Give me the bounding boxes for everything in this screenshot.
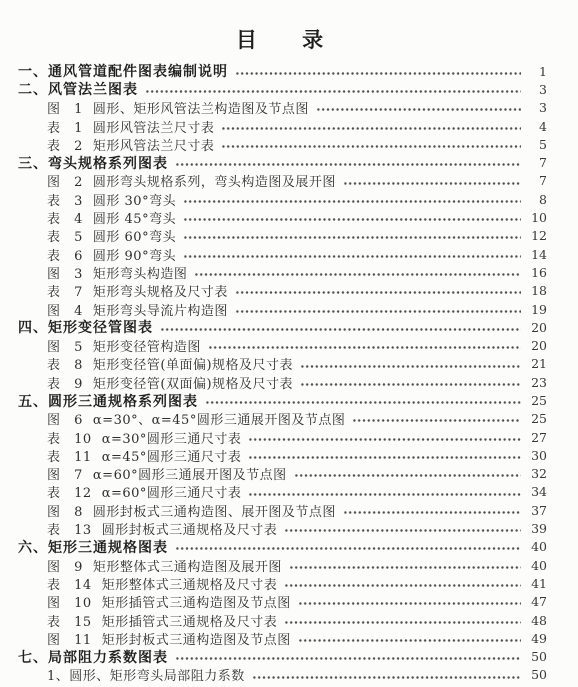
dot-leader [299, 357, 521, 371]
dot-leader [182, 229, 521, 243]
dot-leader [174, 650, 521, 664]
toc-entry-prefix: 表 12 [47, 482, 92, 501]
toc-entry-label: α=30°、α=45°圆形三通展开图及节点图 [93, 409, 345, 428]
dot-leader [283, 576, 521, 590]
toc-page-number: 1 [525, 64, 547, 79]
toc-entry-prefix: 图 7 [47, 464, 83, 483]
toc-entry-label: 一、通风管道配件图表编制说明 [18, 61, 228, 81]
toc-entry-prefix: 表 10 [47, 428, 92, 447]
toc-entry-prefix: 表 13 [47, 519, 92, 538]
toc-section-row: 五、圆形三通规格系列图表 25 [18, 391, 547, 409]
toc-entry-label: 矩形变径管(双面偏)规格及尺寸表 [93, 373, 293, 392]
toc-entry-row: 图 7 α=60°圆形三通展开图及节点图 32 [18, 465, 547, 483]
toc-page-number: 16 [525, 265, 547, 280]
toc-entry-label: α=60°圆形三通展开图及节点图 [93, 464, 287, 483]
toc-entry-row: 表 9 矩形变径管(双面偏)规格及尺寸表 23 [18, 373, 547, 391]
toc-page-number: 50 [525, 667, 547, 682]
toc-entry-prefix: 表 5 [47, 226, 83, 245]
toc-page-number: 14 [525, 247, 547, 262]
toc-page-number: 7 [525, 173, 547, 188]
toc-title: 目 录 [0, 24, 560, 54]
dot-leader [234, 284, 521, 298]
toc-entry-label: 矩形弯头规格及尺寸表 [93, 281, 228, 300]
toc-page-number: 37 [525, 503, 547, 518]
toc-page-number: 10 [525, 210, 547, 225]
toc-page-number: 3 [525, 82, 547, 97]
toc-entry-prefix: 表 6 [47, 245, 83, 264]
toc-entry-row: 表 10 α=30°圆形三通尺寸表 27 [18, 428, 547, 446]
toc-page-number: 20 [525, 338, 547, 353]
dot-leader [220, 119, 521, 133]
toc-page-number: 27 [525, 430, 547, 445]
toc-page-number: 25 [525, 393, 547, 408]
toc-entry-prefix: 图 9 [47, 556, 83, 575]
dot-leader [182, 192, 521, 206]
toc-entry-label: 矩形插管式三通构造图及节点图 [102, 592, 291, 611]
toc-entry-prefix: 图 11 [47, 629, 92, 648]
dot-leader [159, 320, 521, 334]
toc-page-number: 50 [525, 649, 547, 664]
toc-list: 一、通风管道配件图表编制说明 1 二、风管法兰图表 3 图 1 圆形、矩形风管法… [18, 62, 547, 684]
toc-entry-label: 矩形封板式三通构造图及节点图 [102, 629, 291, 648]
toc-entry-row: 表 4 圆形 45°弯头 10 [18, 208, 547, 226]
toc-entry-row: 表 8 矩形变径管(单面偏)规格及尺寸表 21 [18, 355, 547, 373]
toc-entry-label: 圆形 90°弯头 [93, 245, 176, 264]
toc-entry-label: 二、风管法兰图表 [18, 79, 138, 99]
toc-entry-row: 图 1 圆形、矩形风管法兰构造图及节点图 3 [18, 99, 547, 117]
toc-entry-prefix: 图 2 [47, 171, 83, 190]
toc-entry-row: 图 6 α=30°、α=45°圆形三通展开图及节点图 25 [18, 410, 547, 428]
toc-page-number: 48 [525, 613, 547, 628]
toc-page-number: 5 [525, 137, 547, 152]
toc-section-row: 二、风管法兰图表 3 [18, 80, 547, 98]
toc-page-number: 19 [525, 302, 547, 317]
toc-page-number: 25 [525, 411, 547, 426]
toc-entry-label: 六、矩形三通规格图表 [18, 537, 168, 557]
toc-page-number: 12 [525, 228, 547, 243]
toc-entry-label: 圆形 45°弯头 [93, 208, 176, 227]
toc-entry-prefix: 图 4 [47, 300, 83, 319]
toc-entry-row: 图 2 圆形弯头规格系列，弯头构造图及展开图 7 [18, 172, 547, 190]
toc-page-number: 32 [525, 466, 547, 481]
dot-leader [193, 265, 521, 279]
toc-entry-prefix: 表 11 [47, 446, 92, 465]
toc-page-number: 23 [525, 375, 547, 390]
toc-page-number: 18 [525, 283, 547, 298]
toc-entry-prefix: 表 9 [47, 373, 83, 392]
toc-page-number: 39 [525, 521, 547, 536]
dot-leader [315, 101, 521, 115]
toc-entry-row: 图 3 矩形弯头构造图 16 [18, 263, 547, 281]
toc-page-number: 20 [525, 320, 547, 335]
toc-entry-prefix: 图 1 [47, 98, 83, 117]
toc-entry-row: 表 3 圆形 30°弯头 8 [18, 190, 547, 208]
toc-page-number: 41 [525, 576, 547, 591]
toc-entry-row: 表 12 α=60°圆形三通尺寸表 34 [18, 483, 547, 501]
toc-entry-prefix: 图 10 [47, 592, 92, 611]
toc-page-number: 7 [525, 155, 547, 170]
toc-section-row: 四、矩形变径管图表 20 [18, 318, 547, 336]
toc-entry-prefix: 表 14 [47, 574, 92, 593]
toc-entry-label: 圆形弯头规格系列，弯头构造图及展开图 [93, 171, 336, 190]
toc-entry-prefix: 图 6 [47, 409, 83, 428]
toc-entry-row: 图 5 矩形变径管构造图 20 [18, 336, 547, 354]
toc-entry-label: 圆形 60°弯头 [93, 226, 176, 245]
dot-leader [288, 558, 521, 572]
toc-page-number: 40 [525, 558, 547, 573]
dot-leader [234, 302, 521, 316]
toc-page-number: 49 [525, 631, 547, 646]
toc-entry-prefix: 表 1 [47, 117, 83, 136]
dot-leader [207, 339, 521, 353]
toc-entry-label: 圆形、矩形风管法兰构造图及节点图 [93, 98, 309, 117]
toc-entry-prefix: 图 8 [47, 501, 83, 520]
toc-entry-row: 1、圆形、矩形弯头局部阻力系数 50 [18, 666, 547, 684]
toc-entry-row: 图 8 圆形封板式三通构造图、展开图及节点图 37 [18, 501, 547, 519]
toc-entry-label: 矩形风管法兰尺寸表 [93, 135, 215, 154]
dot-leader [234, 64, 521, 78]
toc-entry-label: 矩形变径管构造图 [93, 336, 201, 355]
dot-leader [182, 247, 521, 261]
toc-entry-label: α=30°圆形三通尺寸表 [102, 428, 242, 447]
toc-entry-row: 表 5 圆形 60°弯头 12 [18, 227, 547, 245]
toc-entry-label: 圆形封板式三通规格及尺寸表 [102, 519, 278, 538]
toc-entry-row: 图 9 矩形整体式三通构造图及展开图 40 [18, 556, 547, 574]
toc-entry-label: 四、矩形变径管图表 [18, 317, 153, 337]
dot-leader [204, 393, 521, 407]
toc-entry-row: 表 14 矩形整体式三通规格及尺寸表 41 [18, 574, 547, 592]
toc-entry-row: 表 2 矩形风管法兰尺寸表 5 [18, 135, 547, 153]
toc-entry-label: 矩形变径管(单面偏)规格及尺寸表 [93, 354, 293, 373]
dot-leader [293, 467, 521, 481]
toc-entry-row: 表 1 圆形风管法兰尺寸表 4 [18, 117, 547, 135]
toc-entry-label: 矩形插管式三通规格及尺寸表 [102, 611, 278, 630]
toc-entry-row: 图 4 矩形弯头导流片构造图 19 [18, 300, 547, 318]
toc-entry-row: 表 11 α=45°圆形三通尺寸表 30 [18, 446, 547, 464]
dot-leader [251, 668, 521, 682]
toc-entry-label: 矩形弯头导流片构造图 [93, 300, 228, 319]
toc-entry-row: 表 13 圆形封板式三通规格及尺寸表 39 [18, 519, 547, 537]
toc-entry-label: 矩形弯头构造图 [93, 263, 188, 282]
dot-leader [351, 412, 521, 426]
toc-entry-prefix: 表 3 [47, 190, 83, 209]
toc-entry-row: 表 7 矩形弯头规格及尺寸表 18 [18, 282, 547, 300]
toc-entry-label: 圆形封板式三通构造图、展开图及节点图 [93, 501, 336, 520]
toc-page-number: 47 [525, 594, 547, 609]
toc-entry-prefix: 图 5 [47, 336, 83, 355]
toc-entry-label: 三、弯头规格系列图表 [18, 153, 168, 173]
document-page: 目 录 一、通风管道配件图表编制说明 1 二、风管法兰图表 3 图 1 圆形、矩… [0, 0, 578, 687]
toc-entry-prefix: 表 8 [47, 354, 83, 373]
toc-page-number: 4 [525, 119, 547, 134]
dot-leader [247, 430, 521, 444]
toc-entry-prefix: 图 3 [47, 263, 83, 282]
toc-entry-label: 五、圆形三通规格系列图表 [18, 391, 198, 411]
toc-page-number: 21 [525, 356, 547, 371]
toc-entry-label: 圆形 30°弯头 [93, 190, 176, 209]
dot-leader [283, 522, 521, 536]
dot-leader [342, 174, 521, 188]
dot-leader [220, 137, 521, 151]
dot-leader [182, 211, 521, 225]
toc-entry-prefix: 表 15 [47, 611, 92, 630]
toc-page-number: 40 [525, 539, 547, 554]
toc-entry-prefix: 表 2 [47, 135, 83, 154]
dot-leader [297, 595, 521, 609]
dot-leader [297, 631, 521, 645]
toc-entry-label: 圆形风管法兰尺寸表 [93, 117, 215, 136]
dot-leader [342, 503, 521, 517]
toc-entry-label: 1、圆形、矩形弯头局部阻力系数 [47, 665, 245, 684]
toc-page-number: 8 [525, 192, 547, 207]
toc-entry-label: α=60°圆形三通尺寸表 [102, 482, 242, 501]
dot-leader [299, 375, 521, 389]
toc-page-number: 3 [525, 100, 547, 115]
dot-leader [247, 448, 521, 462]
toc-entry-prefix: 表 4 [47, 208, 83, 227]
toc-entry-label: 矩形整体式三通构造图及展开图 [93, 556, 282, 575]
toc-page-number: 30 [525, 448, 547, 463]
toc-page-number: 34 [525, 484, 547, 499]
toc-section-row: 六、矩形三通规格图表 40 [18, 538, 547, 556]
toc-entry-label: α=45°圆形三通尺寸表 [102, 446, 242, 465]
toc-entry-row: 图 11 矩形封板式三通构造图及节点图 49 [18, 629, 547, 647]
dot-leader [283, 613, 521, 627]
dot-leader [174, 540, 521, 554]
dot-leader [174, 156, 521, 170]
toc-entry-prefix: 表 7 [47, 281, 83, 300]
toc-section-row: 七、局部阻力系数图表 50 [18, 648, 547, 666]
dot-leader [144, 82, 521, 96]
toc-entry-row: 表 15 矩形插管式三通规格及尺寸表 48 [18, 611, 547, 629]
toc-entry-label: 矩形整体式三通规格及尺寸表 [102, 574, 278, 593]
toc-entry-label: 七、局部阻力系数图表 [18, 647, 168, 667]
toc-section-row: 三、弯头规格系列图表 7 [18, 153, 547, 171]
toc-section-row: 一、通风管道配件图表编制说明 1 [18, 62, 547, 80]
toc-entry-row: 表 6 圆形 90°弯头 14 [18, 245, 547, 263]
toc-entry-row: 图 10 矩形插管式三通构造图及节点图 47 [18, 593, 547, 611]
dot-leader [247, 485, 521, 499]
